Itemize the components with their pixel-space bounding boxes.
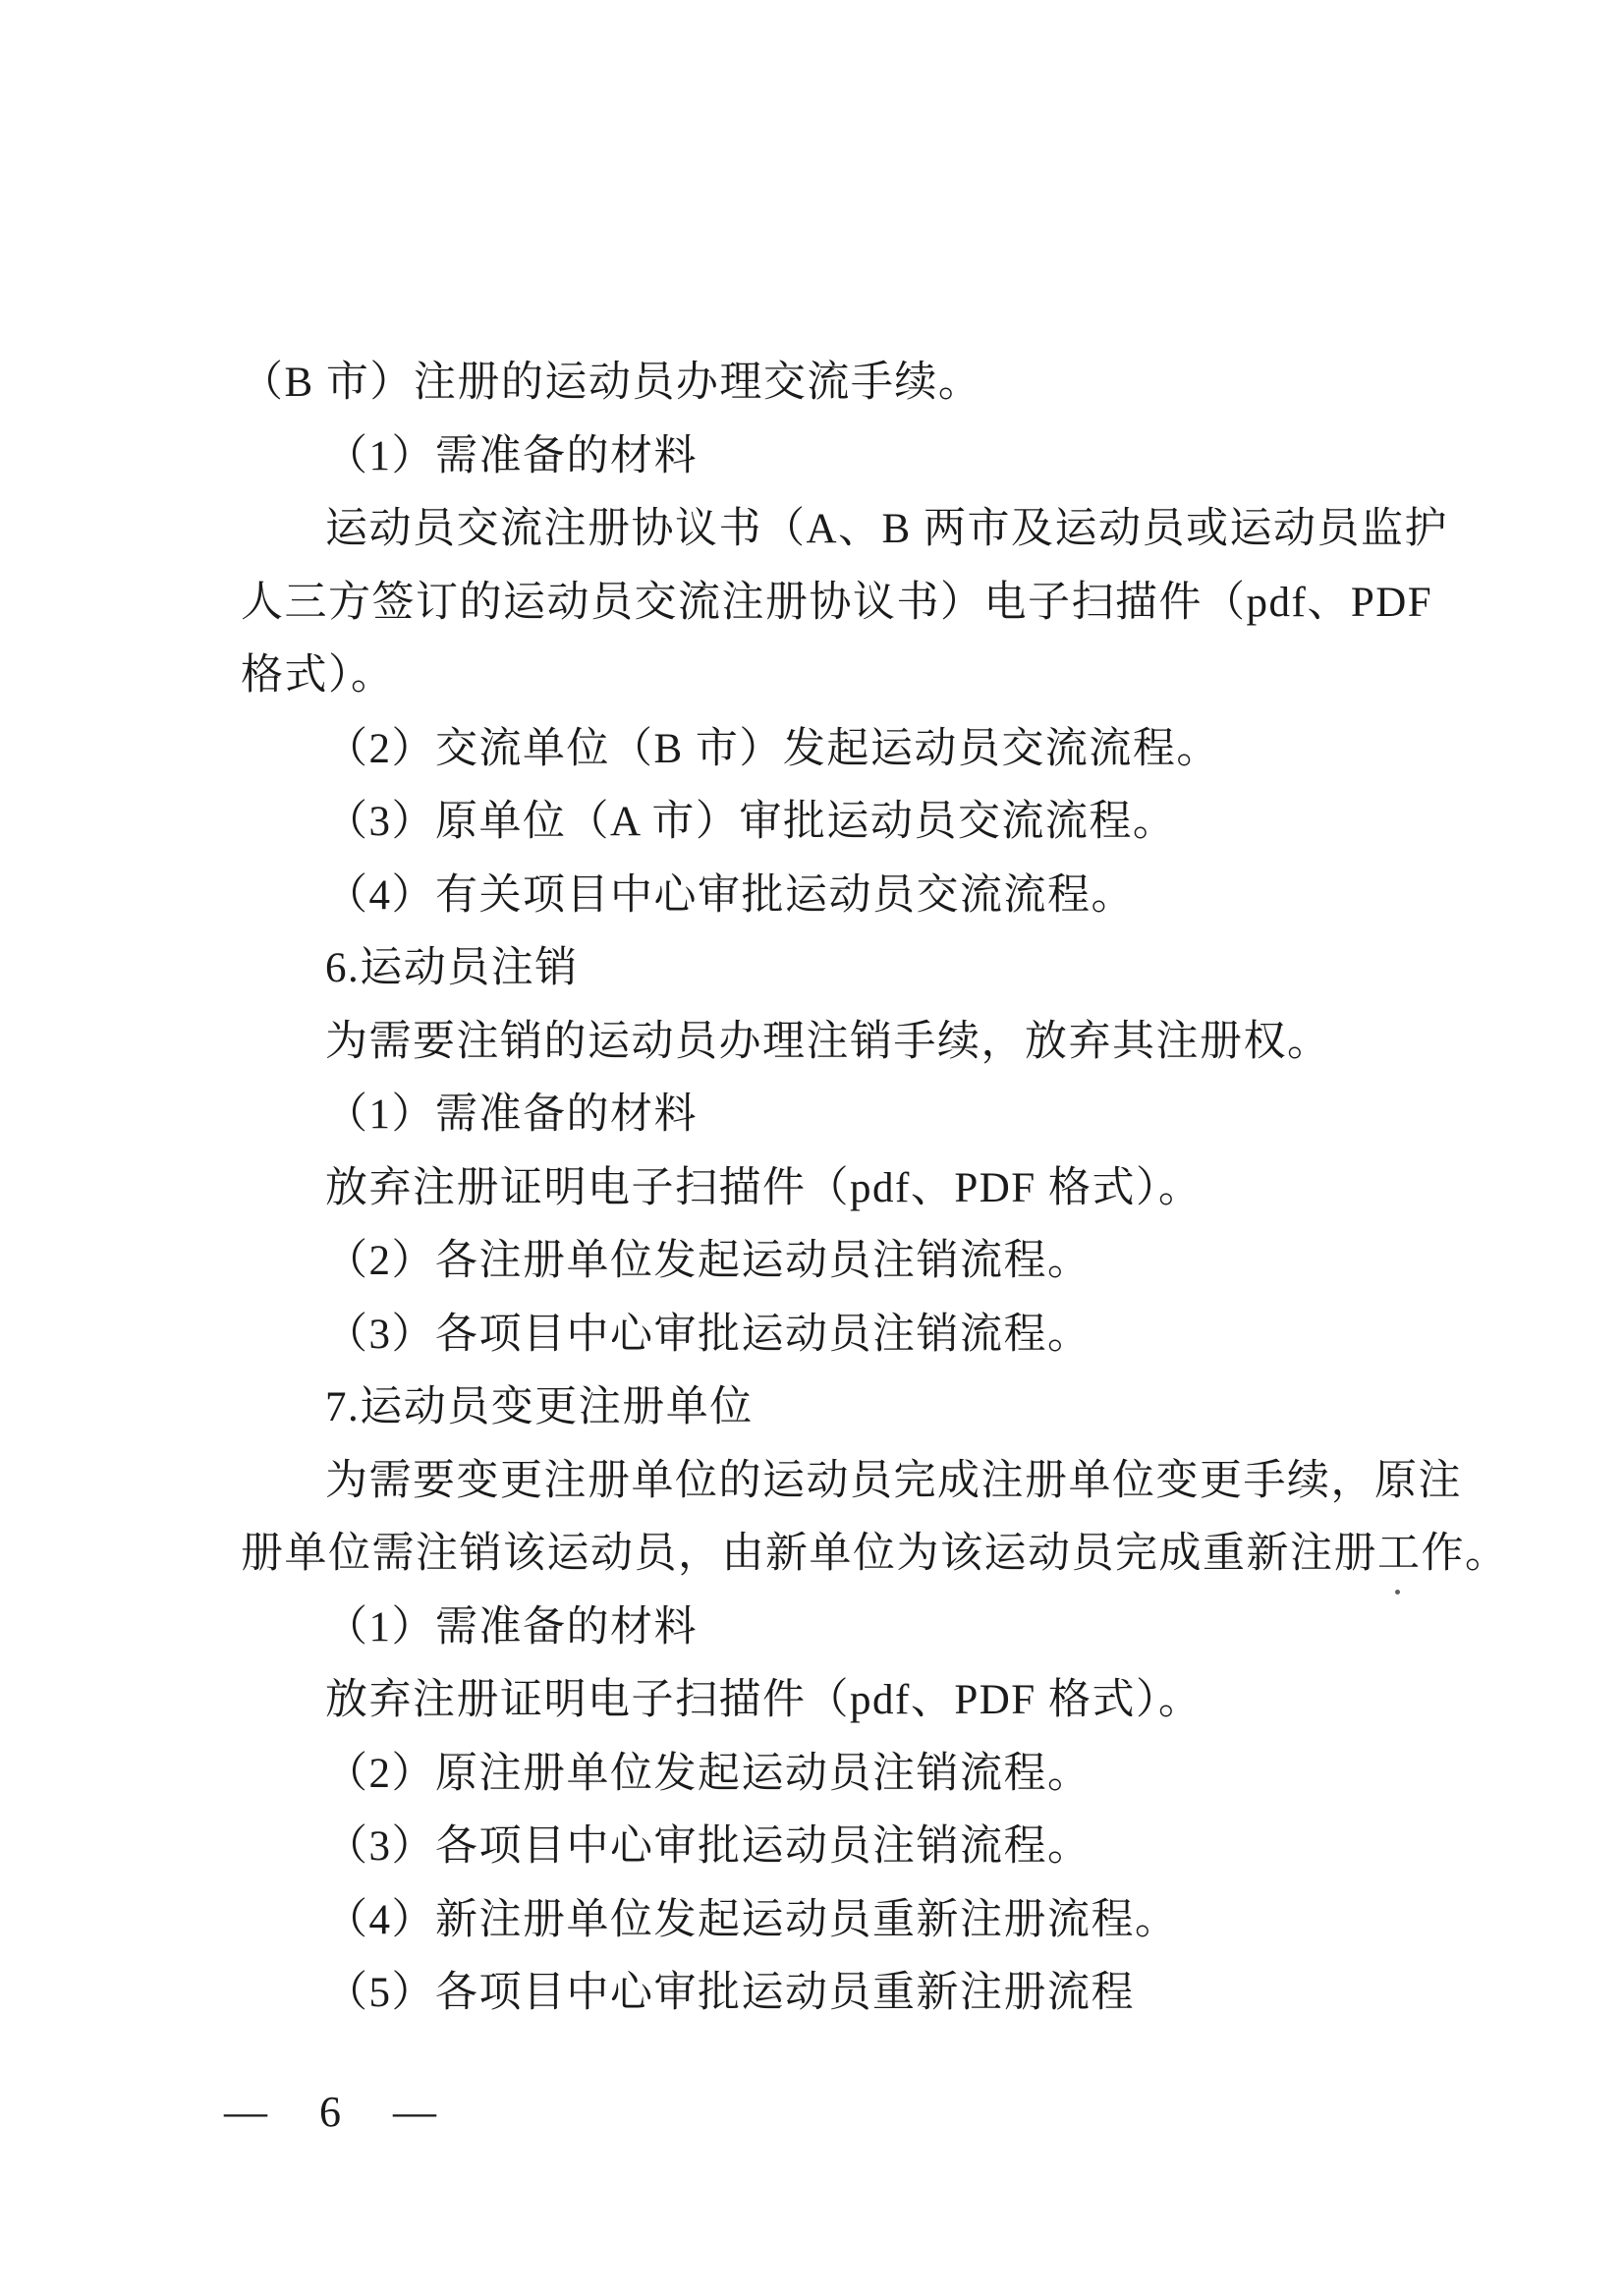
scan-artifact-dot: [1395, 1590, 1400, 1595]
text-line: （4）有关项目中心审批运动员交流流程。: [241, 860, 1390, 933]
text-line: 7.运动员变更注册单位: [241, 1371, 1390, 1445]
text-line: 放弃注册证明电子扫描件（pdf、PDF 格式）。: [241, 1152, 1390, 1226]
text-line: 为需要注销的运动员办理注销手续，放弃其注册权。: [241, 1006, 1390, 1080]
text-line: （3）各项目中心审批运动员注销流程。: [241, 1299, 1390, 1372]
text-line: 人三方签订的运动员交流注册协议书）电子扫描件（pdf、PDF: [241, 567, 1390, 641]
text-line: （B 市）注册的运动员办理交流手续。: [241, 347, 1390, 420]
text-line: 放弃注册证明电子扫描件（pdf、PDF 格式）。: [241, 1664, 1390, 1738]
text-line: 为需要变更注册单位的运动员完成注册单位变更手续，原注: [241, 1445, 1390, 1519]
text-line: 运动员交流注册协议书（A、B 两市及运动员或运动员监护: [241, 493, 1390, 567]
text-line: （1）需准备的材料: [241, 1079, 1390, 1152]
text-line: （2）交流单位（B 市）发起运动员交流流程。: [241, 713, 1390, 787]
text-line: （3）各项目中心审批运动员注销流程。: [241, 1811, 1390, 1884]
text-line: 格式）。: [241, 640, 1390, 713]
text-line: （3）原单位（A 市）审批运动员交流流程。: [241, 786, 1390, 860]
document-body: （B 市）注册的运动员办理交流手续。（1）需准备的材料运动员交流注册协议书（A、…: [241, 347, 1390, 2031]
text-line: （2）各注册单位发起运动员注销流程。: [241, 1225, 1390, 1299]
text-line: （4）新注册单位发起运动员重新注册流程。: [241, 1884, 1390, 1958]
document-page: （B 市）注册的运动员办理交流手续。（1）需准备的材料运动员交流注册协议书（A、…: [0, 0, 1624, 2295]
text-line: 册单位需注销该运动员，由新单位为该运动员完成重新注册工作。: [241, 1518, 1390, 1592]
page-number: — 6 —: [224, 2076, 448, 2149]
text-line: （1）需准备的材料: [241, 1592, 1390, 1665]
text-line: 6.运动员注销: [241, 932, 1390, 1006]
text-line: （1）需准备的材料: [241, 420, 1390, 494]
text-line: （5）各项目中心审批运动员重新注册流程: [241, 1957, 1390, 2031]
text-line: （2）原注册单位发起运动员注销流程。: [241, 1738, 1390, 1812]
